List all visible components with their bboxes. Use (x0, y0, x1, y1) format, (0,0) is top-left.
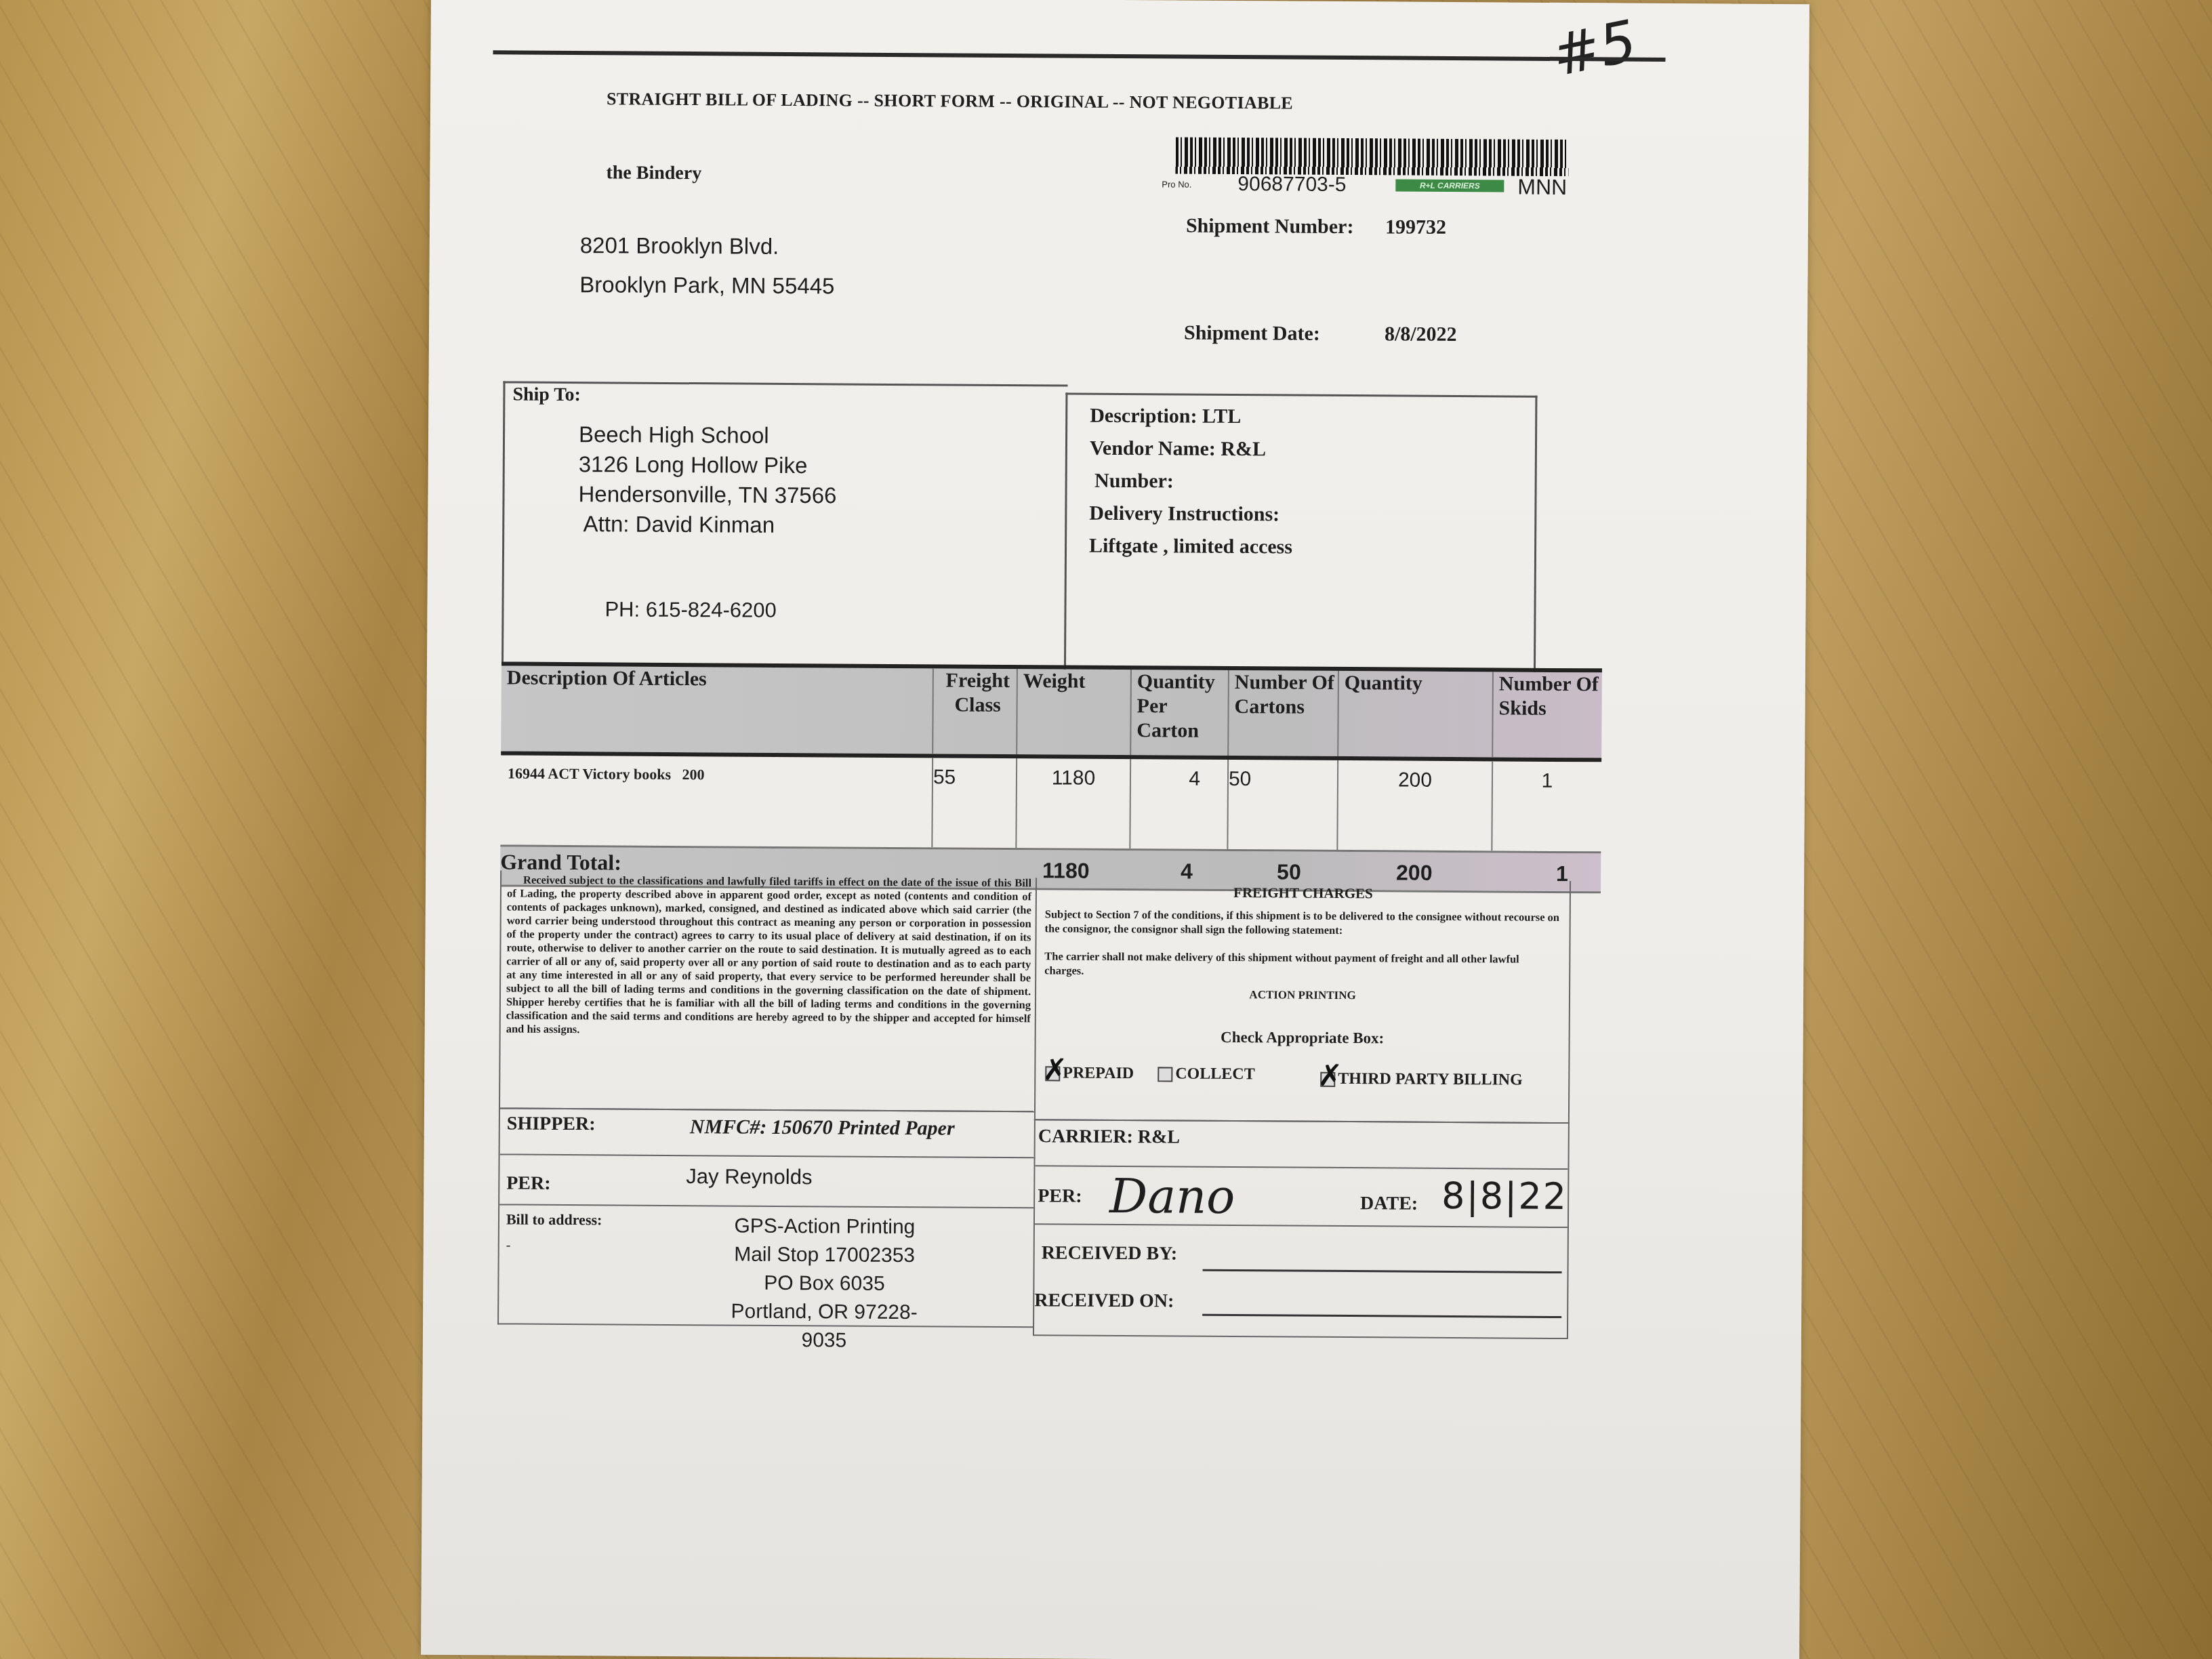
shipment-date-label: Shipment Date: (1184, 322, 1320, 346)
col-freight-class: Freight Class (932, 668, 1017, 754)
bill-to-line: Mail Stop 17002353 (723, 1240, 926, 1270)
barcode-icon (1175, 138, 1568, 177)
ship-to-address: Beech High School 3126 Long Hollow Pike … (578, 419, 837, 540)
shipper-signature-section: SHIPPER: NMFC#: 150670 Printed Paper PER… (497, 1107, 1036, 1328)
cell-num-cartons: 50 (1227, 760, 1337, 850)
terms-text: Received subject to the classifications … (501, 870, 1038, 1042)
bill-to-address: GPS-Action Printing Mail Stop 17002353 P… (722, 1212, 926, 1355)
carrier-signature: Dano (1109, 1168, 1235, 1225)
ship-to-label: Ship To: (512, 384, 581, 407)
delivery-instructions-value: Liftgate , limited access (1089, 530, 1292, 564)
row-divider (1035, 1223, 1568, 1228)
bill-to-label: Bill to address: (506, 1210, 602, 1229)
cell-num-skids: 1 (1491, 761, 1601, 851)
delivery-instructions-label: Delivery Instructions: (1089, 497, 1292, 531)
top-rule (493, 50, 1665, 62)
shipment-number: 199732 (1385, 216, 1446, 239)
collect-label: COLLECT (1175, 1065, 1255, 1084)
date-value: 8|8|22 (1441, 1174, 1568, 1218)
carrier-signature-section: CARRIER: R&L PER: Dano DATE: 8|8|22 RECE… (1033, 1119, 1570, 1339)
ship-to-line: Attn: David Kinman (578, 509, 836, 540)
pro-label: Pro No. (1162, 179, 1191, 189)
row-divider (499, 1204, 1035, 1208)
freight-charges-title: FREIGHT CHARGES (1037, 883, 1570, 903)
shipment-number-label: Shipment Number: (1186, 215, 1354, 239)
col-qty-per-carton: Quantity Per Carton (1130, 670, 1228, 756)
pro-number: 90687703-5 (1237, 173, 1346, 197)
option-prepaid[interactable]: PREPAID (1045, 1064, 1134, 1083)
freight-charges-statement: Subject to Section 7 of the conditions, … (1045, 907, 1561, 939)
collect-checkbox[interactable] (1158, 1067, 1172, 1082)
received-by-line[interactable] (1203, 1269, 1562, 1273)
freight-charges-delivery-note: The carrier shall not make delivery of t… (1044, 949, 1561, 981)
shipment-info: Description: LTL Vendor Name: R&L Number… (1089, 400, 1293, 564)
handwritten-page-number: #5 (1547, 7, 1642, 89)
cell-weight: 1180 (1015, 758, 1130, 848)
nmfc-code: NMFC#: 150670 Printed Paper (690, 1115, 955, 1140)
option-third-party-billing[interactable]: THIRD PARTY BILLING (1320, 1070, 1523, 1090)
row-divider (500, 1153, 1036, 1158)
col-quantity: Quantity (1337, 671, 1492, 757)
shipper-company: the Bindery (606, 162, 701, 184)
col-weight: Weight (1016, 669, 1130, 755)
number-field: Number: (1090, 465, 1293, 499)
third-party-checkbox[interactable] (1320, 1071, 1335, 1086)
shipper-address-line-2: Brooklyn Park, MN 55445 (579, 272, 834, 299)
third-party-label: THIRD PARTY BILLING (1338, 1070, 1523, 1090)
carrier-label: CARRIER: R&L (1038, 1126, 1180, 1148)
document-title: STRAIGHT BILL OF LADING -- SHORT FORM --… (607, 89, 1293, 113)
cell-qty-per-carton: 4 (1129, 759, 1227, 849)
terms-box: Received subject to the classifications … (499, 870, 1037, 1112)
date-label: DATE: (1360, 1193, 1418, 1215)
articles-table: Description Of Articles Freight Class We… (500, 661, 1602, 893)
shipper-label: SHIPPER: (507, 1113, 596, 1136)
cell-description: 16944 ACT Victory books 200 (500, 755, 932, 847)
shipper-per-label: PER: (506, 1173, 551, 1195)
ship-to-line: 3126 Long Hollow Pike (579, 449, 837, 480)
bill-to-line: Portland, OR 97228-9035 (722, 1297, 926, 1355)
carrier-per-label: PER: (1038, 1185, 1082, 1207)
shipment-date: 8/8/2022 (1385, 323, 1457, 346)
prepaid-checkbox[interactable] (1045, 1066, 1060, 1081)
cell-freight-class: 55 (931, 758, 1016, 848)
shipper-address-line-1: 8201 Brooklyn Blvd. (580, 232, 779, 260)
freight-charges-company: ACTION PRINTING (1036, 987, 1569, 1004)
received-on-line[interactable] (1202, 1314, 1561, 1318)
terminal-code: MNN (1517, 175, 1567, 200)
vendor-field: Vendor Name: R&L (1090, 432, 1293, 466)
bill-to-line: GPS-Action Printing (723, 1212, 926, 1242)
description-field: Description: LTL (1090, 400, 1293, 434)
bill-to-dash: - (506, 1237, 511, 1253)
received-on-label: RECEIVED ON: (1034, 1290, 1174, 1312)
col-description: Description Of Articles (501, 665, 933, 754)
cell-quantity: 200 (1336, 760, 1492, 851)
carrier-logo: R+L CARRIERS (1395, 179, 1504, 192)
payment-options: PREPAID COLLECT THIRD PARTY BILLING (1036, 1064, 1568, 1094)
freight-charges-box: FREIGHT CHARGES Subject to Section 7 of … (1034, 878, 1571, 1124)
bill-to-line: PO Box 6035 (722, 1269, 926, 1298)
received-by-label: RECEIVED BY: (1042, 1242, 1178, 1265)
ship-to-line: Beech High School (579, 419, 837, 451)
col-num-cartons: Number Of Cartons (1227, 670, 1338, 756)
check-box-label: Check Appropriate Box: (1036, 1027, 1569, 1048)
shipper-per-name: Jay Reynolds (686, 1164, 812, 1189)
bill-of-lading-page: #5 STRAIGHT BILL OF LADING -- SHORT FORM… (421, 0, 1809, 1659)
ship-to-line: Hendersonville, TN 37566 (578, 479, 836, 510)
table-row: 16944 ACT Victory books 200 55 1180 4 50… (500, 755, 1601, 851)
prepaid-label: PREPAID (1063, 1065, 1134, 1084)
pro-barcode-label: Pro No. 90687703-5 R+L CARRIERS MNN (1155, 137, 1576, 205)
col-num-skids: Number Of Skids (1492, 672, 1602, 758)
ship-to-phone: PH: 615-824-6200 (605, 597, 777, 623)
articles-header-row: Description Of Articles Freight Class We… (501, 661, 1602, 762)
option-collect[interactable]: COLLECT (1158, 1065, 1255, 1084)
